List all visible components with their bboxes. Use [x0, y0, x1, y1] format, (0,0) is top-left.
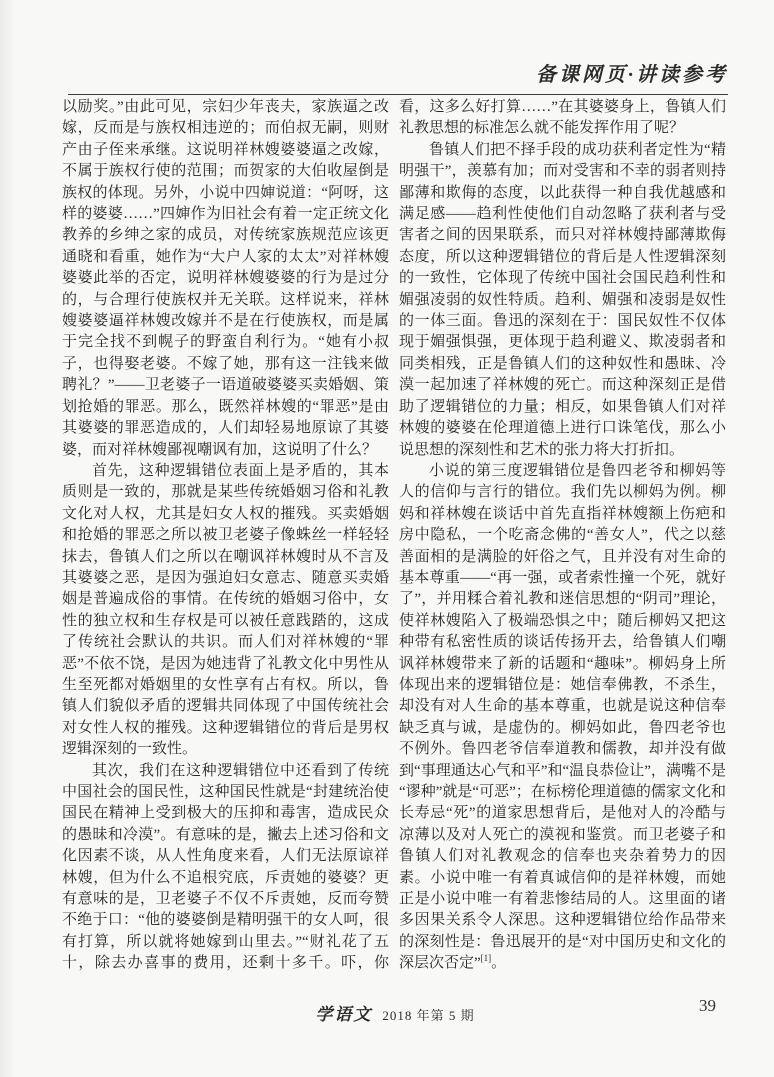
paragraph: 以励奖。”由此可见，宗妇少年丧夫，家族逼之改嫁，反而是与族权相违逆的；而伯叔无嗣…	[62, 97, 389, 461]
page-footer: 学语文 2018 年第 5 期 39	[62, 996, 728, 1026]
journal-name: 学语文	[315, 1005, 372, 1024]
article-body: 以励奖。”由此可见，宗妇少年丧夫，家族逼之改嫁，反而是与族权相违逆的；而伯叔无嗣…	[62, 97, 726, 995]
paragraph: 小说的第三度逻辑错位是鲁四老爷和柳妈等人的信仰与言行的错位。我们先以柳妈为例。柳…	[399, 461, 726, 975]
journal-page: 备课网页·讲读参考 以励奖。”由此可见，宗妇少年丧夫，家族逼之改嫁，反而是与族权…	[0, 0, 774, 1077]
paragraph: 首先，这种逻辑错位表面上是矛盾的，其本质则是一致的，那就是某些传统婚姻习俗和礼教…	[62, 461, 389, 761]
paragraph: 鲁镇人们把不择手段的成功获利者定性为“精明强干”，羡慕有加；而对受害和不幸的弱者…	[399, 140, 726, 461]
column-header-title: 备课网页·讲读参考	[536, 58, 728, 87]
journal-line: 学语文 2018 年第 5 期	[62, 1000, 728, 1025]
page-header: 备课网页·讲读参考	[68, 58, 728, 95]
journal-issue: 2018 年第 5 期	[382, 1008, 474, 1023]
page-number: 39	[699, 996, 716, 1016]
header-rule	[68, 94, 728, 95]
